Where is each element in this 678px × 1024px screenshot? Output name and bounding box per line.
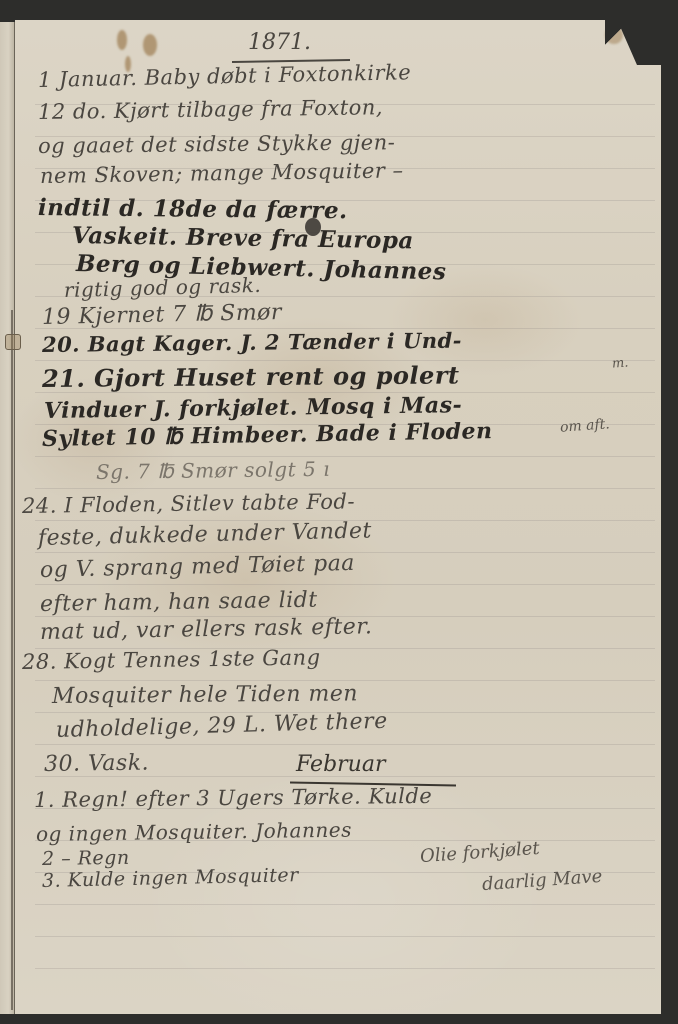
diary-line: indtil d. 18de da færre.: [38, 194, 348, 224]
year-heading: 1871.: [248, 30, 311, 55]
diary-line: og ingen Mosquiter. Johannes: [36, 818, 352, 846]
binding-spine-line: [11, 310, 13, 1010]
diary-line: Sg. 7 ℔ Smør solgt 5 ı: [96, 457, 330, 484]
diary-line: 12 do. Kjørt tilbage fra Foxton,: [38, 95, 383, 124]
diary-line: Mosquiter hele Tiden men: [52, 681, 358, 709]
ruled-line: [35, 968, 655, 969]
diary-line: Vaskeit. Breve fra Europa: [72, 222, 414, 254]
diary-line: 2 – Regn: [42, 847, 130, 870]
stain-mark: [117, 30, 127, 50]
interlinear-note: m.: [611, 355, 628, 371]
diary-line: 30. Vask.: [44, 751, 149, 777]
stain-mark: [143, 34, 157, 56]
month-heading: Februar: [296, 752, 385, 777]
ruled-line: [35, 744, 655, 745]
ruled-line: [35, 904, 655, 905]
diary-line: og gaaet det sidste Stykke gjen-: [38, 130, 396, 158]
diary-line: 24. I Floden, Sitlev tabte Fod-: [22, 489, 355, 518]
ruled-line: [35, 584, 655, 585]
binding-stitch: [5, 334, 21, 350]
diary-line: 19 Kjernet 7 ℔ Smør: [42, 300, 282, 330]
ruled-line: [35, 456, 655, 457]
torn-corner: [605, 20, 625, 50]
diary-line: 28. Kogt Tennes 1ste Gang: [22, 645, 321, 674]
diary-line: 21. Gjort Huset rent og polert: [42, 360, 460, 393]
diary-line: 1. Regn! efter 3 Ugers Tørke. Kulde: [34, 784, 433, 812]
diary-line: efter ham, han saae lidt: [40, 588, 318, 617]
diary-line: 20. Bagt Kager. J. 2 Tænder i Und-: [42, 328, 462, 357]
ruled-line: [35, 936, 655, 937]
